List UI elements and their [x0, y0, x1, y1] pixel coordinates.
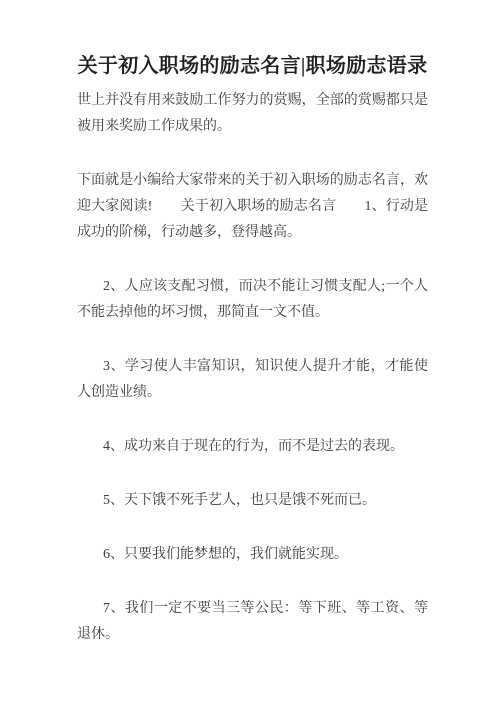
quote-item-5: 5、天下饿不死手艺人，也只是饿不死而已。	[77, 488, 428, 514]
quote-item-6: 6、只要我们能梦想的，我们就能实现。	[77, 542, 428, 568]
page-title: 关于初入职场的励志名言|职场励志语录	[77, 50, 428, 82]
quote-item-7: 7、我们一定不要当三等公民：等下班、等工资、等退休。	[77, 596, 428, 648]
quote-item-3: 3、学习使人丰富知识，知识使人提升才能，才能使人创造业绩。	[77, 354, 428, 406]
document-body: 世上并没有用来鼓励工作努力的赏赐，全部的赏赐都只是被用来奖励工作成果的。 下面就…	[77, 88, 428, 648]
quote-item-2: 2、人应该支配习惯，而决不能让习惯支配人;一个人不能去掉他的坏习惯，那简直一文不…	[77, 274, 428, 326]
intro-paragraph: 世上并没有用来鼓励工作努力的赏赐，全部的赏赐都只是被用来奖励工作成果的。	[77, 88, 428, 140]
lead-paragraph-with-quote-1: 下面就是小编给大家带来的关于初入职场的励志名言，欢迎大家阅读! 关于初入职场的励…	[77, 168, 428, 246]
quote-item-4: 4、成功来自于现在的行为，而不是过去的表现。	[77, 434, 428, 460]
document-page: 关于初入职场的励志名言|职场励志语录 世上并没有用来鼓励工作努力的赏赐，全部的赏…	[0, 0, 500, 708]
